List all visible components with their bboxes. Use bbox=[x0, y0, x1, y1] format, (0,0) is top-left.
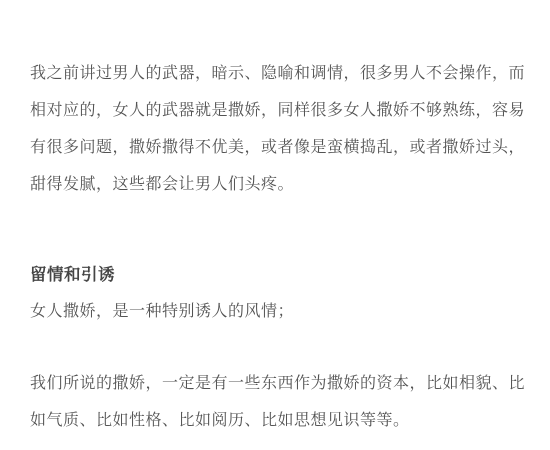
paragraph-line: 相对应的，女人的武器就是撒娇，同样很多女人撒娇不够熟练，容易 bbox=[30, 92, 530, 129]
paragraph-line: 我们所说的撒娇，一定是有一些东西作为撒娇的资本，比如相貌、比 bbox=[30, 365, 530, 402]
section-heading: 留情和引诱 bbox=[30, 257, 530, 294]
paragraph-line: 甜得发腻，这些都会让男人们头疼。 bbox=[30, 166, 530, 203]
paragraph-capital: 我们所说的撒娇，一定是有一些东西作为撒娇的资本，比如相貌、比 如气质、比如性格、… bbox=[30, 365, 530, 439]
paragraph-line: 女人撒娇，是一种特别诱人的风情； bbox=[30, 293, 530, 330]
paragraph-line: 我之前讲过男人的武器，暗示、隐喻和调情，很多男人不会操作，而 bbox=[30, 55, 530, 92]
paragraph-line: 有很多问题，撒娇撒得不优美，或者像是蛮横捣乱，或者撒娇过头， bbox=[30, 129, 530, 166]
paragraph-charm: 女人撒娇，是一种特别诱人的风情； bbox=[30, 293, 530, 330]
paragraph-weapons: 我之前讲过男人的武器，暗示、隐喻和调情，很多男人不会操作，而 相对应的，女人的武… bbox=[30, 55, 530, 203]
section-heading-text: 留情和引诱 bbox=[30, 257, 530, 294]
article-page: 我之前讲过男人的武器，暗示、隐喻和调情，很多男人不会操作，而 相对应的，女人的武… bbox=[0, 0, 550, 450]
paragraph-line: 如气质、比如性格、比如阅历、比如思想见识等等。 bbox=[30, 402, 530, 439]
